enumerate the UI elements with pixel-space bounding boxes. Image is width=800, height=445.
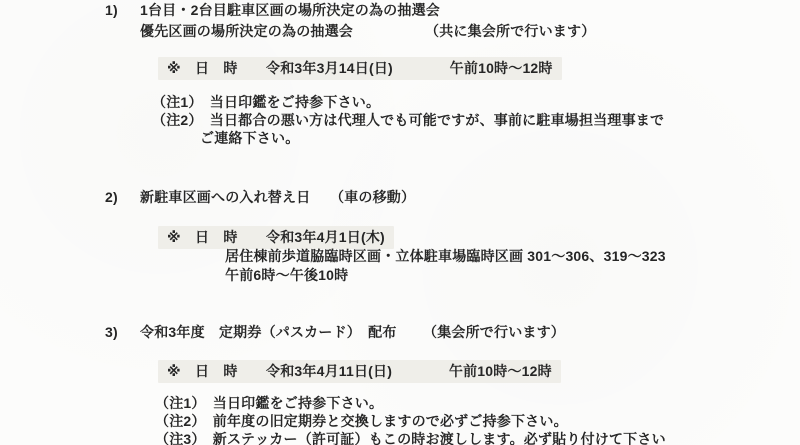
section3-number: 3) <box>105 324 118 340</box>
section2-detail-hours: 午前6時～午後10時 <box>225 267 348 283</box>
section3-note2: （注2） 前年度の旧定期券と交換しますので必ずご持参下さい。 <box>155 413 568 429</box>
section2-title: 新駐車区画への入れ替え日 <box>140 189 310 205</box>
section2-title-paren: （車の移動） <box>330 189 415 205</box>
section3-datetime-highlight: ※ 日 時 令和3年4月11日(日) 午前10時～12時 <box>158 360 561 383</box>
section1-note1: （注1） 当日印鑑をご持参下さい。 <box>152 94 380 110</box>
section2-number: 2) <box>105 189 118 205</box>
section3-note1: （注1） 当日印鑑をご持参下さい。 <box>155 395 383 411</box>
section1-note2: （注2） 当日都合の悪い方は代理人でも可能ですが、事前に駐車場担当理事まで <box>152 112 664 128</box>
section1-title-line1: 1台目・2台目駐車区画の場所決定の為の抽選会 <box>140 2 440 18</box>
scanned-document-page: 1) 1台目・2台目駐車区画の場所決定の為の抽選会 優先区画の場所決定の為の抽選… <box>0 0 800 445</box>
section3-title: 令和3年度 定期券（パスカード） 配布 <box>140 324 397 340</box>
section2-datetime-highlight: ※ 日 時 令和3年4月1日(木) <box>158 226 394 249</box>
section1-note2-continuation: ご連絡下さい。 <box>200 130 299 146</box>
section3-title-paren: （集会所で行います） <box>423 324 565 340</box>
section2-detail-locations: 居住棟前歩道脇臨時区画・立体駐車場臨時区画 301～306、319～323 <box>225 248 666 264</box>
section1-datetime-highlight: ※ 日 時 令和3年3月14日(日) 午前10時～12時 <box>158 57 562 80</box>
section1-title-paren: （共に集会所で行います） <box>425 23 595 39</box>
section1-number: 1) <box>105 2 118 18</box>
section1-title-line2: 優先区画の場所決定の為の抽選会 <box>140 23 353 39</box>
section3-note3-clipped: （注3） 新ステッカー（許可証）もこの時お渡しします。必ず貼り付けて下さい <box>155 431 666 445</box>
